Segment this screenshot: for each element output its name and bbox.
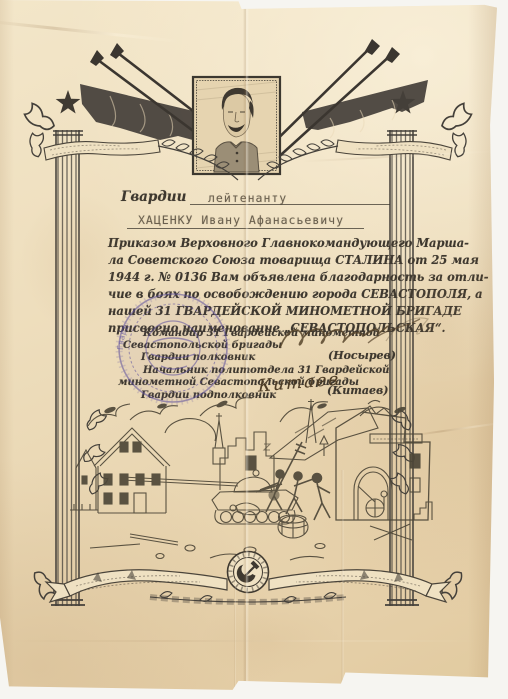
citation-line: нашей 31 ГВАРДЕЙСКОЙ МИНОМЕТНОЙ БРИГАДЕ (108, 302, 489, 319)
hammer-sickle-emblem (228, 552, 269, 593)
salutation-label: Гвардии (121, 189, 186, 205)
recipient-underline (127, 228, 364, 229)
citation-line: ла Советского Союза товарища СТАЛИНА от … (108, 251, 489, 268)
commander-surname: (Носырев) (328, 349, 396, 362)
ribbon-right (258, 140, 452, 180)
salutation-typed-value: лейтенанту (208, 191, 287, 205)
salutation-underline (190, 204, 390, 205)
battle-scene-illustration (70, 398, 432, 560)
scan-background: Гвардии лейтенанту ХАЦЕНКУ Ивану Афанась… (0, 0, 508, 699)
recipient-name: ХАЦЕНКУ Ивану Афанасьевичу (138, 213, 344, 227)
commander-title-line2: Севастопольской бригады (123, 339, 282, 351)
citation-line: чие в боях по освобождению города СЕВАСТ… (108, 285, 489, 302)
commander-title-line3: Гвардии полковник (141, 351, 255, 363)
commander-title-line1: Командир 31 Гвардейской минометной (143, 327, 380, 339)
left-column (51, 130, 85, 606)
politruk-surname: (Китаев) (327, 384, 388, 397)
politruk-title-line3: Гвардии подполковник (141, 389, 276, 401)
citation-line: 1944 г. № 0136 Вам объявлена благодарнос… (108, 268, 489, 285)
citation-paragraph: Приказом Верховного Главнокомандующего М… (108, 234, 508, 336)
left-star-icon (56, 90, 81, 114)
stalin-portrait (193, 77, 280, 174)
politruk-title-line1: Начальник политотдела 31 Гвардейской (143, 364, 389, 376)
certificate-paper: Гвардии лейтенанту ХАЦЕНКУ Ивану Афанась… (0, 0, 497, 694)
right-column (385, 130, 419, 606)
paper-edge-shadow (0, 0, 14, 694)
paper-edge-shadow (468, 0, 497, 694)
citation-line: Приказом Верховного Главнокомандующего М… (108, 234, 489, 251)
